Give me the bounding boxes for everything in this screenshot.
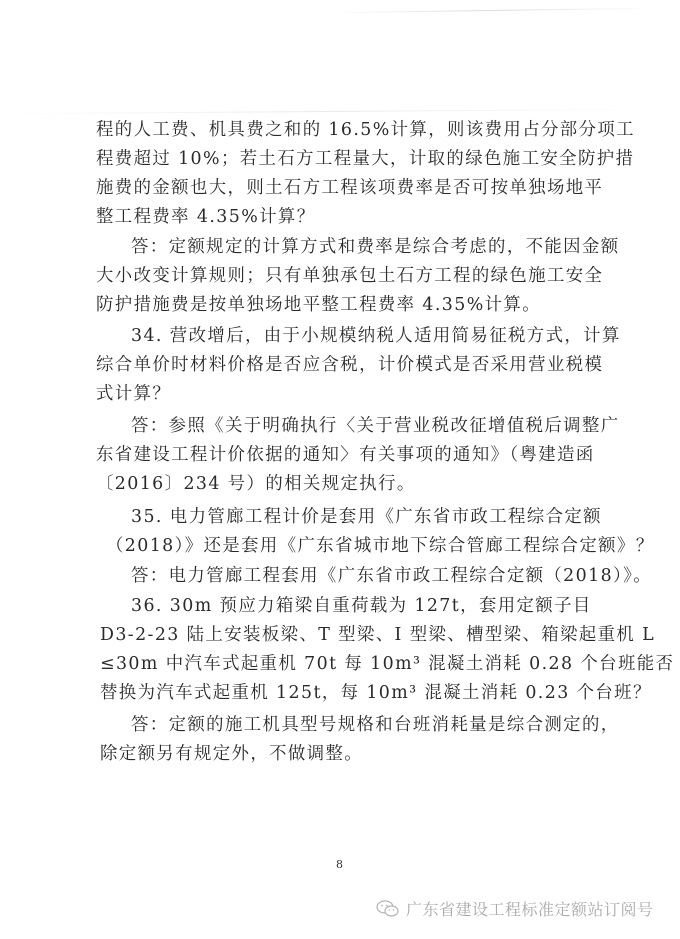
text-line: 施费的金额也大，则土石方工程该项费率是否可按单独场地平 (96, 174, 596, 203)
text-line: 35. 电力管廊工程计价是套用《广东省市政工程综合定额 (96, 503, 596, 532)
text-line: 答：定额的施工机具型号规格和台班消耗量是综合测定的， (96, 711, 596, 740)
text-line: （2018）》还是套用《广东省城市地下综合管廊工程综合定额》？ (106, 532, 596, 561)
text-line: 答：定额规定的计算方式和费率是综合考虑的，不能因金额 (96, 233, 596, 262)
text-line: 程的人工费、机具费之和的 16.5%计算，则该费用占分部分项工 (96, 116, 596, 145)
wechat-icon (376, 900, 400, 918)
text-line: 答：参照《关于明确执行〈关于营业税改征增值税后调整广 (96, 412, 596, 441)
text-line: ≤30m 中汽车式起重机 70t 每 10m³ 混凝土消耗 0.28 个台班能否 (100, 650, 596, 679)
text-line: 大小改变计算规则；只有单独承包土石方工程的绿色施工安全 (96, 262, 596, 291)
paragraph-question-35: 35. 电力管廊工程计价是套用《广东省市政工程综合定额 （2018）》还是套用《… (96, 503, 596, 561)
paragraph-answer-33: 答：定额规定的计算方式和费率是综合考虑的，不能因金额 大小改变计算规则；只有单独… (96, 233, 596, 320)
document-page: 程的人工费、机具费之和的 16.5%计算，则该费用占分部分项工 程费超过 10%… (0, 0, 680, 939)
text-line: 东省建设工程计价依据的通知〉有关事项的通知》（粤建造函 (96, 441, 596, 470)
paragraph-question-36: 36. 30m 预应力箱梁自重荷载为 127t，套用定额子目 D3-2-23 陆… (96, 592, 596, 708)
paragraph-answer-34: 答：参照《关于明确执行〈关于营业税改征增值税后调整广 东省建设工程计价依据的通知… (96, 412, 596, 499)
text-line: 防护措施费是按单独场地平整工程费率 4.35%计算。 (96, 291, 596, 320)
paragraph-answer-35: 答：电力管廊工程套用《广东省市政工程综合定额（2018）》。 (96, 562, 596, 591)
text-line: 34. 营改增后，由于小规模纳税人适用简易征税方式，计算 (96, 322, 596, 351)
text-line: 答：电力管廊工程套用《广东省市政工程综合定额（2018）》。 (96, 562, 596, 591)
text-line: 除定额另有规定外，不做调整。 (100, 740, 596, 769)
text-line: D3-2-23 陆上安装板梁、T 型梁、I 型梁、槽型梁、箱梁起重机 L (100, 621, 596, 650)
paragraph-question-34: 34. 营改增后，由于小规模纳税人适用简易征税方式，计算 综合单价时材料价格是否… (96, 322, 596, 409)
text-line: 〔2016〕234 号）的相关规定执行。 (96, 470, 596, 499)
text-line: 整工程费率 4.35%计算？ (96, 203, 596, 232)
text-line: 36. 30m 预应力箱梁自重荷载为 127t，套用定额子目 (96, 592, 596, 621)
text-line: 综合单价时材料价格是否应含税，计价模式是否采用营业税模 (96, 351, 596, 380)
paragraph-q33-continued: 程的人工费、机具费之和的 16.5%计算，则该费用占分部分项工 程费超过 10%… (96, 116, 596, 232)
text-line: 替换为汽车式起重机 125t，每 10m³ 混凝土消耗 0.23 个台班？ (100, 679, 596, 708)
wechat-watermark: 广东省建设工程标准定额站订阅号 (376, 897, 654, 920)
paragraph-answer-36: 答：定额的施工机具型号规格和台班消耗量是综合测定的， 除定额另有规定外，不做调整… (96, 711, 596, 769)
text-line: 式计算？ (96, 380, 596, 409)
watermark-text: 广东省建设工程标准定额站订阅号 (406, 897, 654, 920)
text-line: 程费超过 10%；若土石方工程量大，计取的绿色施工安全防护措 (96, 145, 596, 174)
page-number: 8 (336, 858, 343, 871)
